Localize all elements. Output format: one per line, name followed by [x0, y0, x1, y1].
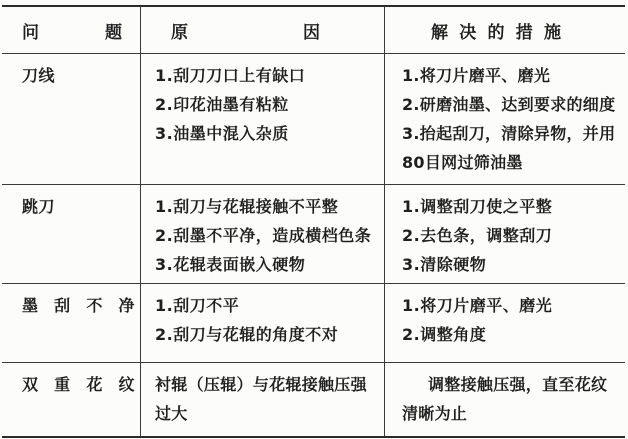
cause-item: 1.刮刀与花辊接触不平整 — [155, 192, 376, 221]
table-row-double-pattern: 双重花纹 衬辊（压辊）与花辊接触压强过大 调整接触压强，直至花纹清晰为止 — [2, 362, 625, 436]
cause-item: 衬辊（压辊）与花辊接触压强过大 — [155, 370, 376, 428]
problem-label: 墨刮不净 — [22, 291, 135, 320]
problem-cell: 双重花纹 — [2, 363, 140, 436]
solution-item: 2.研磨油墨、达到要求的细度 — [402, 90, 621, 119]
header-label-solution: 解决的措施 — [431, 18, 561, 43]
cause-item: 1.刮刀不平 — [155, 291, 376, 320]
solution-cell: 1.将刀片磨平、磨光 2.研磨油墨、达到要求的细度 3.抬起刮刀，清除异物，并用… — [384, 54, 625, 184]
solution-item: 1.调整刮刀使之平整 — [402, 192, 621, 221]
problem-cell: 墨刮不净 — [2, 284, 140, 362]
cause-item: 1.刮刀刀口上有缺口 — [155, 61, 376, 90]
cause-cell: 1.刮刀刀口上有缺口 2.印花油墨有粘粒 3.油墨中混入杂质 — [140, 54, 384, 184]
solution-item: 3.清除硬物 — [402, 250, 621, 279]
table-header-row: 问题 原因 解决的措施 — [2, 7, 625, 53]
header-cell-problem: 问题 — [2, 7, 140, 53]
solution-cell: 1.调整刮刀使之平整 2.去色条，调整刮刀 3.清除硬物 — [384, 185, 625, 283]
table-row-knife-lines: 刀线 1.刮刀刀口上有缺口 2.印花油墨有粘粒 3.油墨中混入杂质 1.将刀片磨… — [2, 53, 625, 184]
solution-item: 1.将刀片磨平、磨光 — [402, 61, 621, 90]
cause-cell: 1.刮刀不平 2.刮刀与花辊的角度不对 — [140, 284, 384, 362]
table-row-knife-skip: 跳刀 1.刮刀与花辊接触不平整 2.刮墨不平净，造成横档色条 3.花辊表面嵌入硬… — [2, 184, 625, 283]
solution-item: 2.调整角度 — [402, 320, 621, 349]
cause-item: 3.油墨中混入杂质 — [155, 119, 376, 148]
header-label-problem: 问题 — [22, 18, 122, 43]
header-cell-solution: 解决的措施 — [384, 7, 625, 53]
cause-item: 2.刮墨不平净，造成横档色条 — [155, 221, 376, 250]
problem-label: 刀线 — [22, 61, 134, 90]
solution-cell: 调整接触压强，直至花纹清晰为止 — [384, 363, 625, 436]
solution-item: 2.去色条，调整刮刀 — [402, 221, 621, 250]
solution-item: 3.抬起刮刀，清除异物，并用80目网过筛油墨 — [402, 119, 621, 177]
solution-item: 1.将刀片磨平、磨光 — [402, 291, 621, 320]
table-row-ink-not-clean: 墨刮不净 1.刮刀不平 2.刮刀与花辊的角度不对 1.将刀片磨平、磨光 2.调整… — [2, 283, 625, 362]
problem-cell: 刀线 — [2, 54, 140, 184]
problem-cell: 跳刀 — [2, 185, 140, 283]
solution-cell: 1.将刀片磨平、磨光 2.调整角度 — [384, 284, 625, 362]
cause-item: 3.花辊表面嵌入硬物 — [155, 250, 376, 279]
problem-label: 双重花纹 — [22, 370, 135, 399]
cause-item: 2.印花油墨有粘粒 — [155, 90, 376, 119]
header-label-cause: 原因 — [171, 18, 320, 43]
solution-item: 调整接触压强，直至花纹清晰为止 — [402, 370, 621, 428]
header-cell-cause: 原因 — [140, 7, 384, 53]
troubleshooting-table: 问题 原因 解决的措施 刀线 1.刮刀刀口上有缺口 2.印花油墨有粘粒 3.油墨… — [2, 5, 625, 438]
problem-label: 跳刀 — [22, 192, 134, 221]
cause-cell: 1.刮刀与花辊接触不平整 2.刮墨不平净，造成横档色条 3.花辊表面嵌入硬物 — [140, 185, 384, 283]
scanned-document-page: 问题 原因 解决的措施 刀线 1.刮刀刀口上有缺口 2.印花油墨有粘粒 3.油墨… — [0, 0, 628, 439]
cause-cell: 衬辊（压辊）与花辊接触压强过大 — [140, 363, 384, 436]
cause-item: 2.刮刀与花辊的角度不对 — [155, 320, 376, 349]
